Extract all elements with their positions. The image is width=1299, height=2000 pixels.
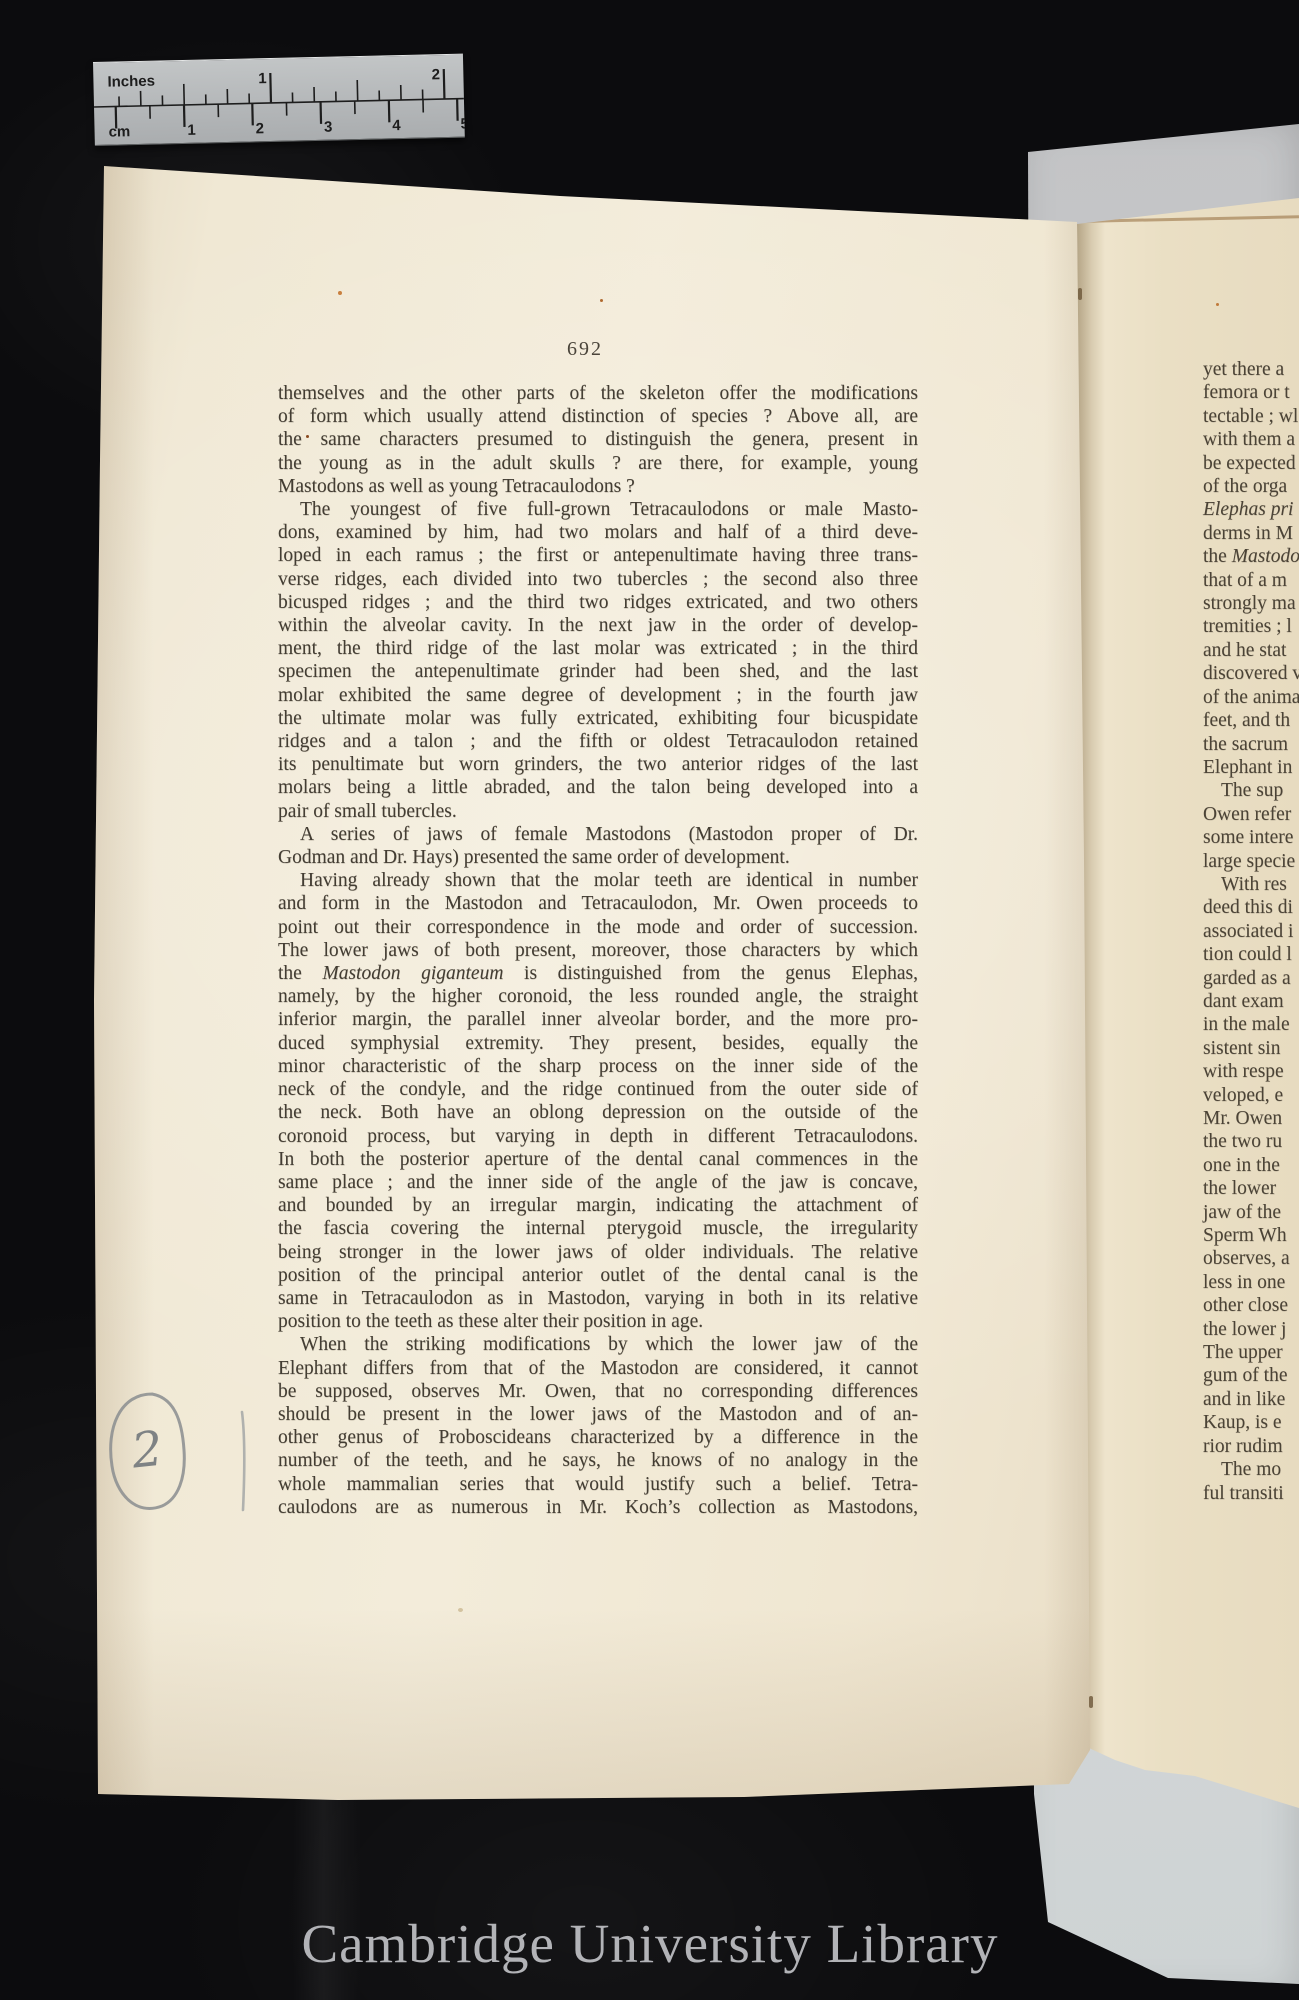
text-line: themselves and the other parts of the sk… — [278, 382, 918, 405]
text-line: In both the posterior aperture of the de… — [278, 1148, 918, 1171]
text-line: other genus of Proboscideans characteriz… — [278, 1426, 918, 1449]
text-line: same in Tetracaulodon as in Mastodon, va… — [278, 1287, 918, 1310]
text-line: large specie — [1203, 850, 1299, 873]
pencil-number: 2 — [128, 1421, 165, 1480]
text-line: deed this di — [1203, 896, 1299, 919]
text-line: ment, the third ridge of the last molar … — [278, 637, 918, 660]
facing-page-text-fragment: yet there afemora or ttectable ; wlwith … — [1203, 358, 1299, 1505]
page-number: 692 — [265, 338, 905, 361]
svg-text:1: 1 — [258, 70, 267, 87]
foxing-speck — [1216, 303, 1219, 306]
text-line: be expected — [1203, 452, 1299, 475]
text-line: The lower jaws of both present, moreover… — [278, 939, 918, 962]
text-line: of the orga — [1203, 475, 1299, 498]
text-line: associated i — [1203, 920, 1299, 943]
text-line: discovered v — [1203, 662, 1299, 685]
svg-text:2: 2 — [432, 66, 441, 83]
text-line: Mr. Owen — [1203, 1107, 1299, 1130]
text-line: The youngest of five full-grown Tetracau… — [278, 498, 918, 521]
text-line: and form in the Mastodon and Tetracaulod… — [278, 892, 918, 915]
svg-text:5: 5 — [460, 115, 464, 132]
text-line: and bounded by an irregular margin, indi… — [278, 1194, 918, 1217]
text-line: minor characteristic of the sharp proces… — [278, 1055, 918, 1078]
text-line: garded as a — [1203, 967, 1299, 990]
foxing-speck — [338, 291, 342, 295]
text-line: the sacrum — [1203, 733, 1299, 756]
text-line: that of a m — [1203, 569, 1299, 592]
text-line: the Mastodo — [1203, 545, 1299, 568]
text-line: whole mammalian series that would justif… — [278, 1473, 918, 1496]
text-line: Owen refer — [1203, 803, 1299, 826]
text-line: with them a — [1203, 428, 1299, 451]
text-line: caulodons are as numerous in Mr. Koch’s … — [278, 1496, 918, 1519]
text-line: in the male — [1203, 1013, 1299, 1036]
text-line: namely, by the higher coronoid, the less… — [278, 985, 918, 1008]
svg-text:1: 1 — [187, 122, 196, 139]
text-line: being stronger in the lower jaws of olde… — [278, 1241, 918, 1264]
text-line: Having already shown that the molar teet… — [278, 869, 918, 892]
text-line: the same characters presumed to distingu… — [278, 428, 918, 451]
text-line: molars being a little abraded, and the t… — [278, 776, 918, 799]
text-line: ful transiti — [1203, 1482, 1299, 1505]
text-line: position of the principal anterior outle… — [278, 1264, 918, 1287]
text-line: should be present in the lower jaws of t… — [278, 1403, 918, 1426]
text-line: the neck. Both have an oblong depression… — [278, 1101, 918, 1124]
text-line: of form which usually attend distinction… — [278, 405, 918, 428]
text-line: gum of the — [1203, 1364, 1299, 1387]
text-line: feet, and th — [1203, 709, 1299, 732]
text-line: molar exhibited the same degree of devel… — [278, 684, 918, 707]
text-line: The upper — [1203, 1341, 1299, 1364]
text-line: Elephant differs from that of the Mastod… — [278, 1357, 918, 1380]
ruler-cm-label: cm — [108, 123, 130, 140]
text-line: veloped, e — [1203, 1084, 1299, 1107]
text-line: Godman and Dr. Hays) presented the same … — [278, 846, 918, 869]
text-line: the two ru — [1203, 1130, 1299, 1153]
text-line: its penultimate but worn grinders, the t… — [278, 753, 918, 776]
text-line: the young as in the adult skulls ? are t… — [278, 452, 918, 475]
text-line: Elephas pri — [1203, 498, 1299, 521]
text-line: yet there a — [1203, 358, 1299, 381]
text-line: specimen the antepenultimate grinder had… — [278, 660, 918, 683]
text-line: the Mastodon giganteum is distinguished … — [278, 962, 918, 985]
text-line: the fascia covering the internal pterygo… — [278, 1217, 918, 1240]
text-line: other close — [1203, 1294, 1299, 1317]
text-line: The mo — [1203, 1458, 1299, 1481]
text-line: Kaup, is e — [1203, 1411, 1299, 1434]
text-line: verse ridges, each divided into two tube… — [278, 568, 918, 591]
text-line: and in like — [1203, 1388, 1299, 1411]
pencil-stroke — [242, 1412, 244, 1510]
text-line: Mastodons as well as young Tetracaulodon… — [278, 475, 918, 498]
binding-stitch — [1089, 1696, 1093, 1708]
text-line: point out their correspondence in the mo… — [278, 916, 918, 939]
svg-text:4: 4 — [392, 117, 401, 134]
ruler-ticks — [115, 69, 458, 129]
pencil-annotation: 2 — [90, 1380, 280, 1530]
text-line: with respe — [1203, 1060, 1299, 1083]
foxing-speck — [458, 1608, 463, 1612]
ruler-inches-label: Inches — [107, 73, 155, 91]
text-line: number of the teeth, and he says, he kno… — [278, 1449, 918, 1472]
text-line: When the striking modifications by which… — [278, 1333, 918, 1356]
text-line: dons, examined by him, had two molars an… — [278, 521, 918, 544]
text-line: less in one — [1203, 1271, 1299, 1294]
text-line: duced symphysial extremity. They present… — [278, 1032, 918, 1055]
text-line: within the alveolar cavity. In the next … — [278, 614, 918, 637]
text-line: inferior margin, the parallel inner alve… — [278, 1008, 918, 1031]
text-line: of the anima — [1203, 686, 1299, 709]
ruler-scale: Inches cm 1212345 — [93, 55, 465, 145]
page-text-column: themselves and the other parts of the sk… — [278, 382, 918, 1519]
text-line: tremities ; l — [1203, 615, 1299, 638]
text-line: tion could l — [1203, 943, 1299, 966]
text-line: femora or t — [1203, 381, 1299, 404]
text-line: Sperm Wh — [1203, 1224, 1299, 1247]
text-line: bicusped ridges ; and the third two ridg… — [278, 591, 918, 614]
text-line: position to the teeth as these alter the… — [278, 1310, 918, 1333]
text-line: the lower j — [1203, 1318, 1299, 1341]
text-line: pair of small tubercles. — [278, 800, 918, 823]
text-line: same place ; and the inner side of the a… — [278, 1171, 918, 1194]
text-line: ridges and a talon ; and the fifth or ol… — [278, 730, 918, 753]
text-line: tectable ; wl — [1203, 405, 1299, 428]
text-line: derms in M — [1203, 522, 1299, 545]
text-line: Elephant in — [1203, 756, 1299, 779]
text-line: rior rudim — [1203, 1435, 1299, 1458]
text-line: With res — [1203, 873, 1299, 896]
text-line: dant exam — [1203, 990, 1299, 1013]
svg-text:2: 2 — [255, 120, 264, 137]
text-line: A series of jaws of female Mastodons (Ma… — [278, 823, 918, 846]
text-line: The sup — [1203, 779, 1299, 802]
text-line: sistent sin — [1203, 1037, 1299, 1060]
text-line: neck of the condyle, and the ridge conti… — [278, 1078, 918, 1101]
text-line: and he stat — [1203, 639, 1299, 662]
library-watermark: Cambridge University Library — [25, 1912, 1275, 1976]
text-line: jaw of the — [1203, 1201, 1299, 1224]
svg-text:3: 3 — [324, 119, 333, 136]
text-line: strongly ma — [1203, 592, 1299, 615]
foxing-speck — [600, 299, 603, 302]
text-line: be supposed, observes Mr. Owen, that no … — [278, 1380, 918, 1403]
text-line: loped in each ramus ; the first or antep… — [278, 544, 918, 567]
text-line: observes, a — [1203, 1247, 1299, 1270]
measurement-ruler: Inches cm 1212345 — [93, 54, 465, 146]
text-line: one in the — [1203, 1154, 1299, 1177]
binding-stitch — [1078, 288, 1082, 300]
text-line: coronoid process, but varying in depth i… — [278, 1125, 918, 1148]
text-line: the lower — [1203, 1177, 1299, 1200]
text-line: the ultimate molar was fully extricated,… — [278, 707, 918, 730]
text-line: some intere — [1203, 826, 1299, 849]
